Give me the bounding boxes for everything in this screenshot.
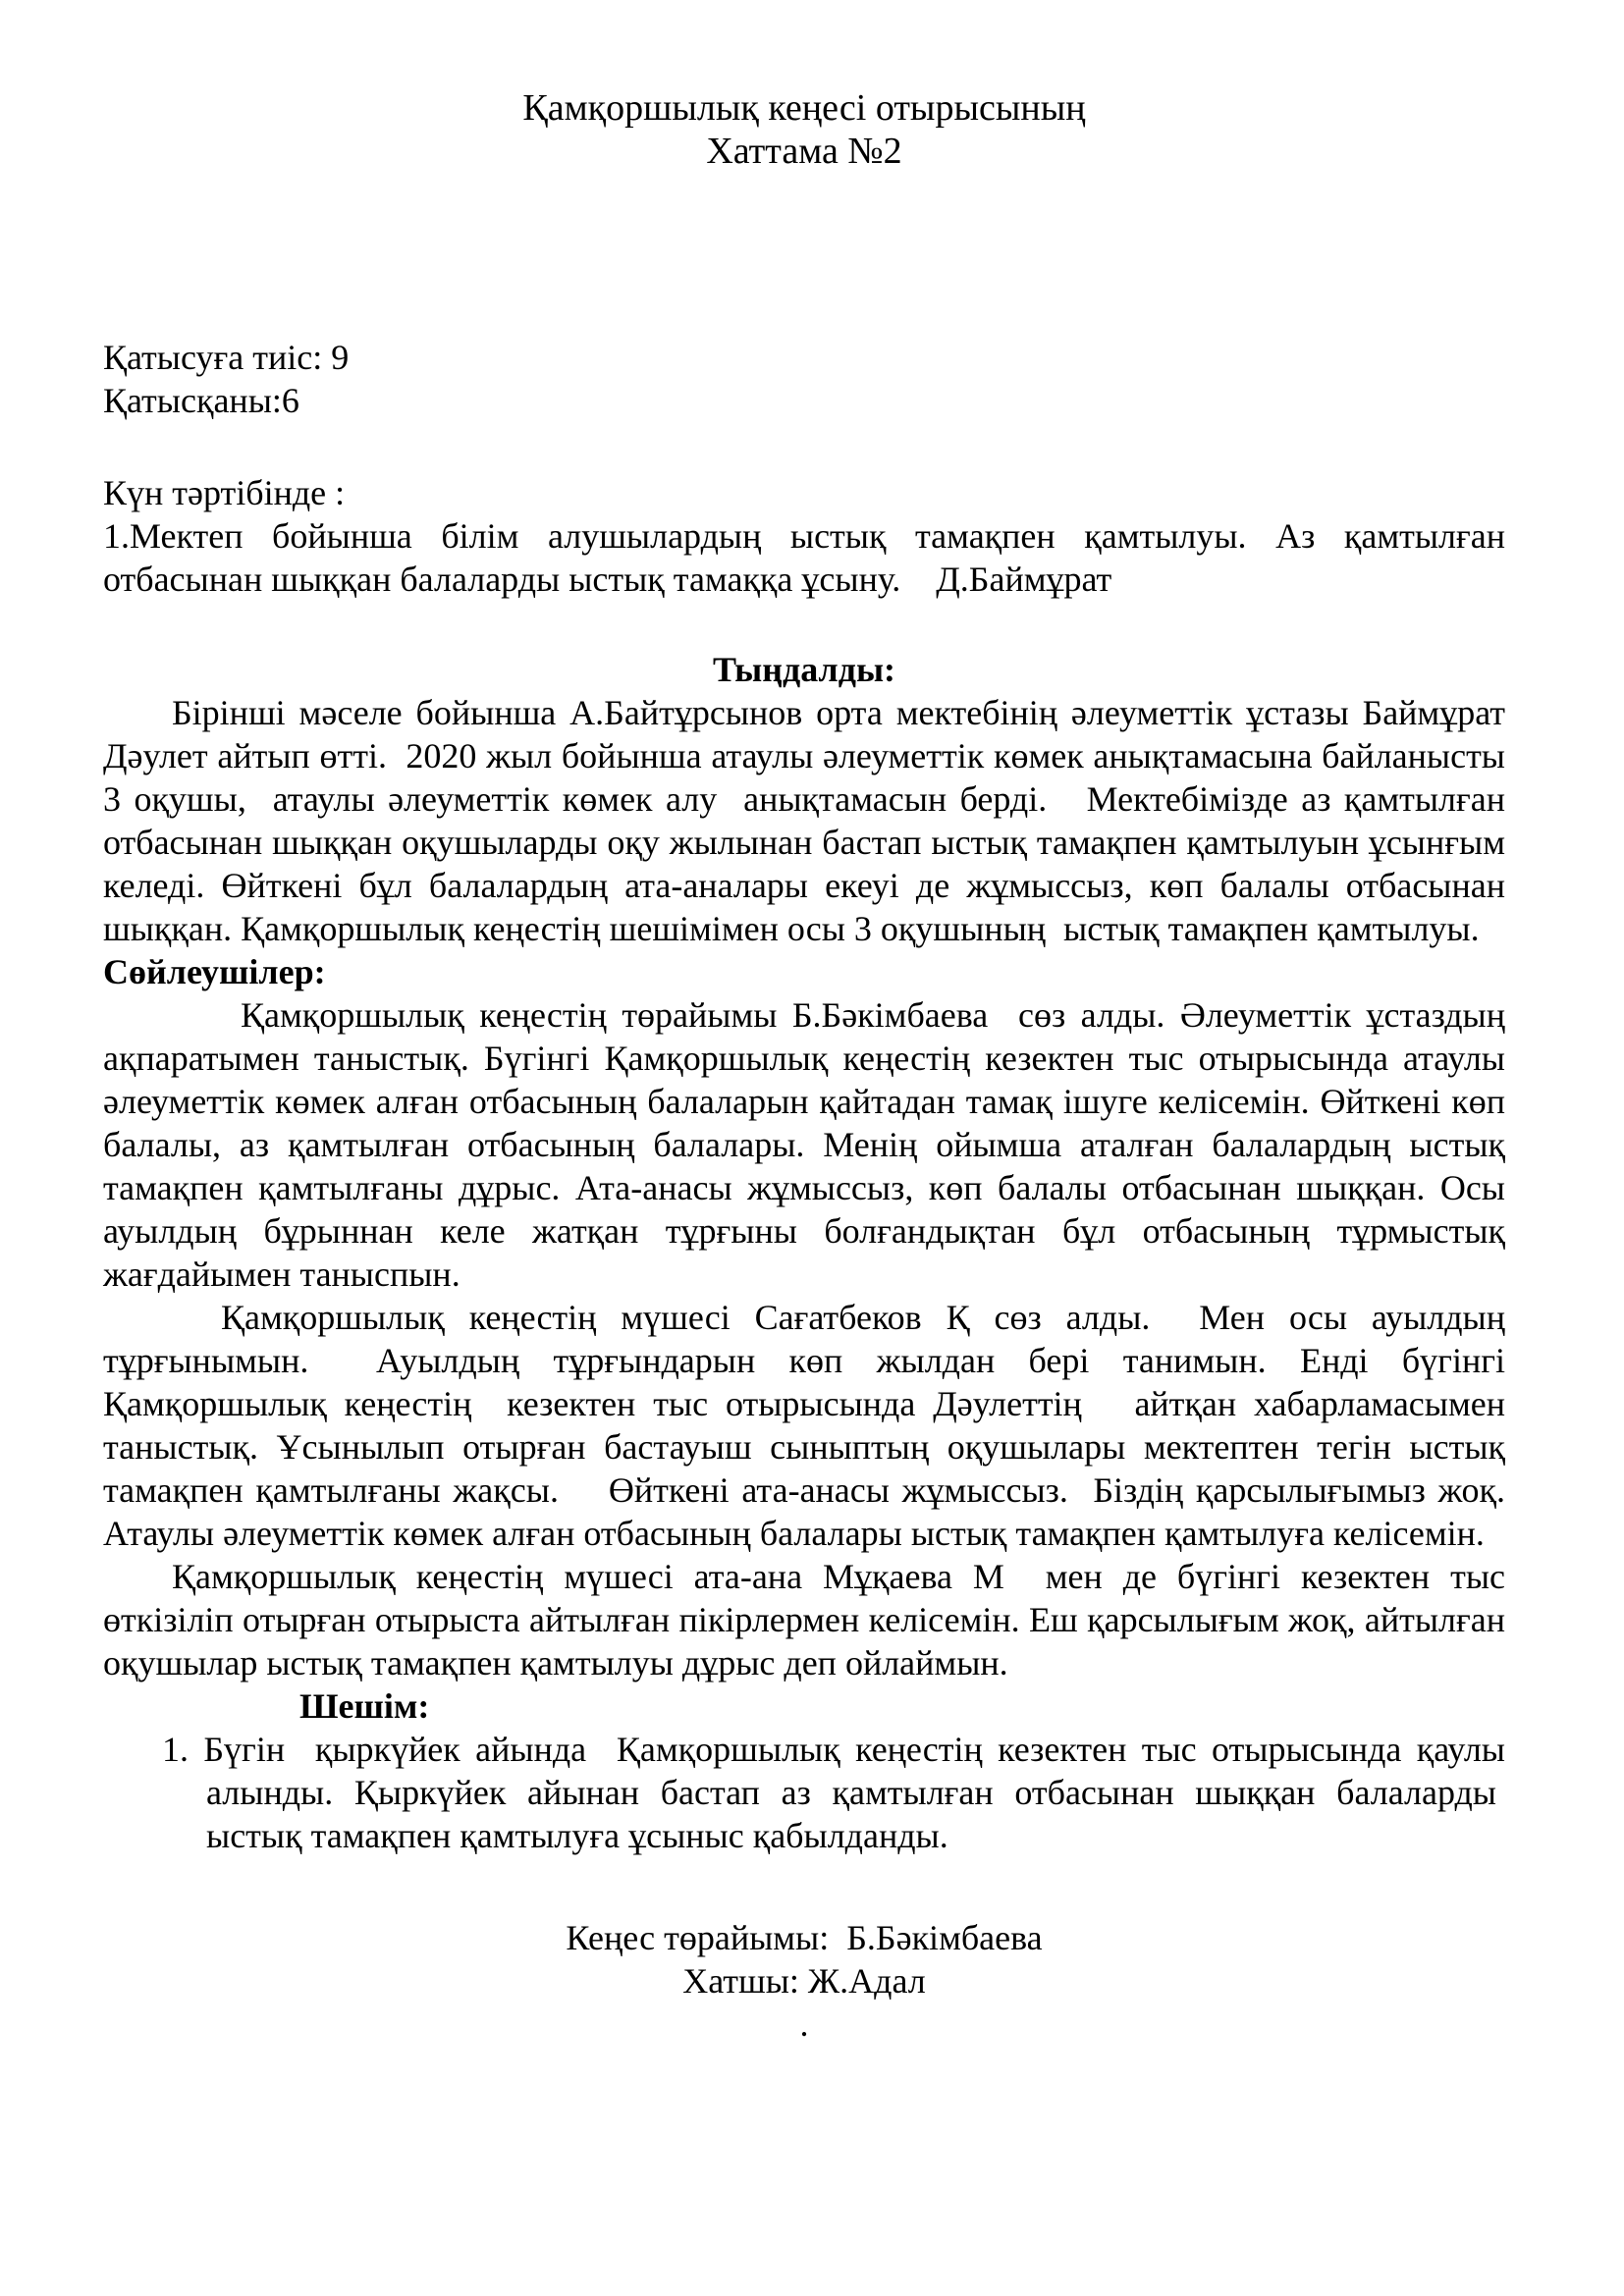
agenda-heading: Күн тәртібінде : (103, 471, 1505, 514)
signature-chair: Кеңес төрайымы: Б.Бәкімбаева (103, 1916, 1505, 1959)
speaker-paragraph-1: Қамқоршылық кеңестің төрайымы Б.Бәкімбае… (103, 993, 1505, 1296)
attendance-block: Қатысуға тиіс: 9 Қатысқаны:6 (103, 336, 1505, 422)
document-page: Қамқоршылық кеңесі отырысының Хаттама №2… (0, 0, 1624, 2296)
speaker-paragraph-2: Қамқоршылық кеңестің мүшесі Сағатбеков Қ… (103, 1296, 1505, 1555)
heard-section: Тыңдалды: Бірінші мәселе бойынша А.Байтұ… (103, 648, 1505, 950)
attendance-required: Қатысуға тиіс: 9 (103, 336, 1505, 379)
heard-paragraph: Бірінші мәселе бойынша А.Байтұрсынов орт… (103, 691, 1505, 950)
signature-block: Кеңес төрайымы: Б.Бәкімбаева Хатшы: Ж.Ад… (103, 1916, 1505, 2046)
decision-section: Шешім: 1. Бүгін қыркүйек айында Қамқоршы… (103, 1684, 1505, 1857)
title-line-2: Хаттама №2 (103, 130, 1505, 173)
decision-item: 1. Бүгін қыркүйек айында Қамқоршылық кең… (206, 1728, 1505, 1857)
title-line-1: Қамқоршылық кеңесі отырысының (103, 86, 1505, 130)
document-title: Қамқоршылық кеңесі отырысының Хаттама №2 (103, 86, 1505, 173)
agenda-section: Күн тәртібінде : 1.Мектеп бойынша білім … (103, 471, 1505, 601)
attendance-attended: Қатысқаны:6 (103, 379, 1505, 422)
trailing-dot: . (103, 2002, 1505, 2046)
speaker-paragraph-3: Қамқоршылық кеңестің мүшесі ата-ана Мұқа… (103, 1555, 1505, 1684)
decision-heading: Шешім: (299, 1684, 1505, 1728)
agenda-item: 1.Мектеп бойынша білім алушылардың ыстық… (103, 514, 1505, 601)
speakers-heading: Сөйлеушілер: (103, 950, 1505, 993)
signature-secretary: Хатшы: Ж.Адал (103, 1959, 1505, 2002)
heard-heading: Тыңдалды: (103, 648, 1505, 691)
speakers-section: Сөйлеушілер: Қамқоршылық кеңестің төрайы… (103, 950, 1505, 1684)
